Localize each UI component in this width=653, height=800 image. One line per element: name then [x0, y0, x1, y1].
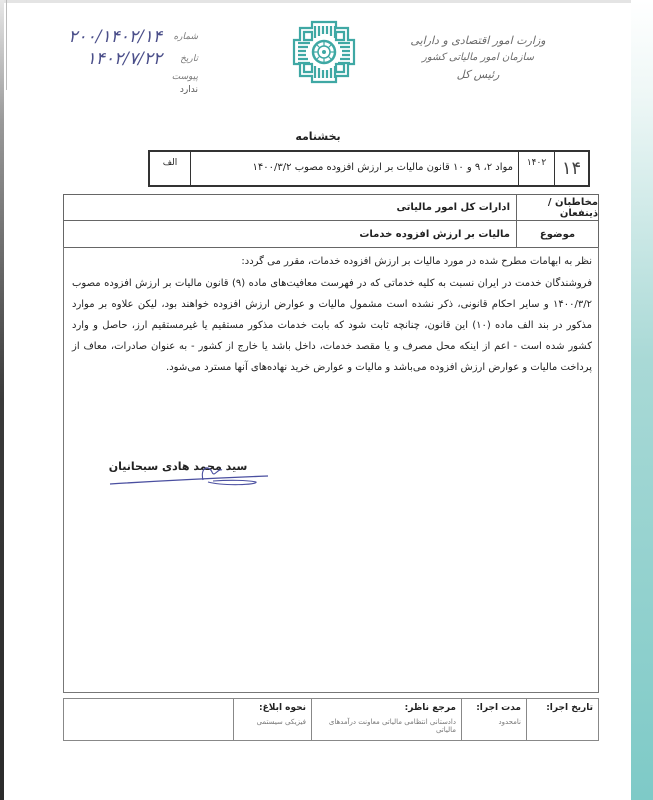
background-strip [631, 0, 653, 800]
organization-block: وزارت امور اقتصادی و دارایی سازمان امور … [388, 32, 568, 83]
notification-cell: نحوه ابلاغ: فیزیکی سیستمی [233, 699, 311, 740]
subject-row: موضوع مالیات بر ارزش افزوده خدمات [64, 221, 598, 247]
organization-name: سازمان امور مالیاتی کشور [388, 49, 568, 66]
duration-value: نامحدود [498, 718, 521, 726]
circular-subject: مواد ۲، ۹ و ۱۰ قانون مالیات بر ارزش افزو… [190, 152, 518, 185]
duration-cell: مدت اجرا: نامحدود [461, 699, 526, 740]
letter-number-value: ۲۰۰/۱۴۰۲/۱۴ [68, 27, 162, 47]
execution-info-table: تاریخ اجرا: مدت اجرا: نامحدود مرجع ناظر:… [63, 698, 599, 741]
letter-date-label: تاریخ [170, 54, 198, 64]
addressee-subject-table: مخاطبان / ذینفعان ادارات کل امور مالیاتی… [63, 194, 599, 248]
signature-icon [108, 456, 298, 496]
circular-title-row: ۱۴ ۱۴۰۲ مواد ۲، ۹ و ۱۰ قانون مالیات بر ا… [148, 150, 590, 187]
circular-year: ۱۴۰۲ [518, 152, 554, 185]
page-top-edge [0, 0, 653, 3]
letter-date-row: تاریخ ۱۴۰۲/۷/۲۲ [28, 48, 198, 70]
page-left-edge [0, 0, 4, 800]
addressees-value: ادارات کل امور مالیاتی [64, 195, 516, 220]
body-paragraph: فروشندگان خدمت در ایران نسبت به کلیه خدم… [72, 273, 592, 378]
letter-number-row: شماره ۲۰۰/۱۴۰۲/۱۴ [28, 26, 198, 48]
supervisor-value: دادستانی انتظامی مالیاتی معاونت درآمدهای… [317, 718, 456, 734]
attachment-value: ندارد [180, 85, 198, 95]
attachment-label: پیوست [170, 72, 198, 82]
notification-value: فیزیکی سیستمی [257, 718, 306, 726]
national-tax-administration-logo-icon [290, 18, 358, 86]
letter-date-value: ۱۴۰۲/۷/۲۲ [87, 49, 162, 69]
letter-reference-block: شماره ۲۰۰/۱۴۰۲/۱۴ تاریخ ۱۴۰۲/۷/۲۲ پیوست … [28, 26, 198, 96]
attachment-row: پیوست [28, 70, 198, 84]
attachment-value-row: ندارد [28, 84, 198, 96]
circular-classification: الف [150, 152, 190, 185]
execution-date-label: تاریخ اجرا: [546, 703, 593, 713]
subject-value: مالیات بر ارزش افزوده خدمات [64, 221, 516, 247]
document-type-heading: بخشنامه [8, 130, 628, 143]
notification-label: نحوه ابلاغ: [259, 703, 306, 713]
subject-label: موضوع [516, 221, 598, 247]
body-intro: نظر به ابهامات مطرح شده در مورد مالیات ب… [72, 253, 592, 271]
page-fold [4, 0, 7, 90]
execution-date-cell: تاریخ اجرا: [526, 699, 598, 740]
ministry-name: وزارت امور اقتصادی و دارایی [388, 32, 568, 49]
letter-number-label: شماره [170, 32, 198, 42]
supervisor-label: مرجع ناظر: [405, 703, 456, 713]
circular-number: ۱۴ [554, 152, 588, 185]
addressees-row: مخاطبان / ذینفعان ادارات کل امور مالیاتی [64, 195, 598, 221]
supervisor-cell: مرجع ناظر: دادستانی انتظامی مالیاتی معاو… [311, 699, 461, 740]
issuer-title: رئیس کل [388, 66, 568, 83]
circular-document: شماره ۲۰۰/۱۴۰۲/۱۴ تاریخ ۱۴۰۲/۷/۲۲ پیوست … [8, 4, 628, 800]
addressees-label: مخاطبان / ذینفعان [516, 195, 598, 220]
empty-cell [64, 699, 233, 740]
duration-label: مدت اجرا: [476, 703, 521, 713]
